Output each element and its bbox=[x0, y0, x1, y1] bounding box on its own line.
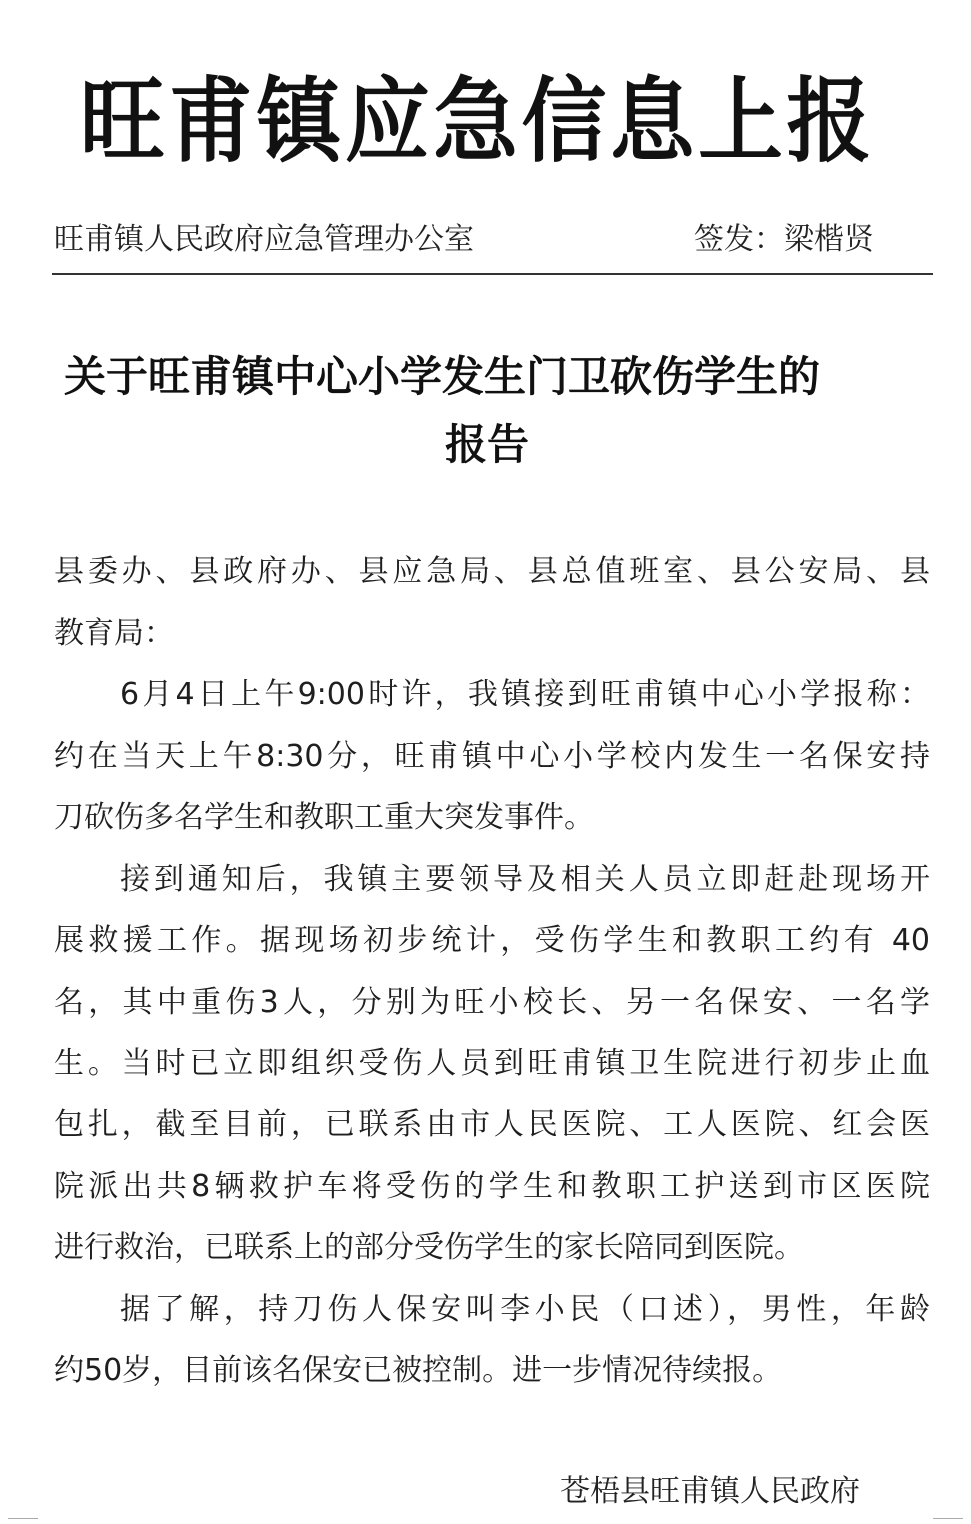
report-title-line-1: 关于旺甫镇中心小学发生门卫砍伤学生的 bbox=[64, 350, 820, 404]
paragraph-2-line-2: 展救援工作。据现场初步统计，受伤学生和教职工约有 40 bbox=[54, 921, 930, 961]
recipients-line-2: 教育局： bbox=[54, 614, 174, 654]
signature-organization: 苍梧县旺甫镇人民政府 bbox=[560, 1472, 860, 1512]
masthead-title: 旺甫镇应急信息上报 bbox=[80, 66, 834, 176]
report-title-line-2: 报告 bbox=[445, 418, 529, 472]
paragraph-1-line-2: 约在当天上午8:30分，旺甫镇中心小学校内发生一名保安持 bbox=[54, 737, 930, 777]
paragraph-2-line-6: 院派出共8辆救护车将受伤的学生和教职工护送到市区医院 bbox=[54, 1167, 930, 1207]
paragraph-3-line-1: 据了解，持刀伤人保安叫李小民（口述），男性，年龄 bbox=[120, 1290, 930, 1330]
page-corner-mark-right bbox=[933, 1518, 963, 1519]
paragraph-2-line-5: 包扎，截至目前，已联系由市人民医院、工人医院、红会医 bbox=[54, 1105, 930, 1145]
paragraph-3-line-2: 约50岁，目前该名保安已被控制。进一步情况待续报。 bbox=[54, 1351, 782, 1391]
paragraph-2-line-7: 进行救治，已联系上的部分受伤学生的家长陪同到医院。 bbox=[54, 1228, 804, 1268]
paragraph-1-line-3: 刀砍伤多名学生和教职工重大突发事件。 bbox=[54, 798, 594, 838]
recipients-line-1: 县委办、县政府办、县应急局、县总值班室、县公安局、县 bbox=[54, 552, 930, 592]
page-corner-mark-left bbox=[8, 1518, 38, 1519]
paragraph-2-line-1: 接到通知后，我镇主要领导及相关人员立即赶赴现场开 bbox=[120, 860, 930, 900]
paragraph-1-line-1: 6月4日上午9:00时许，我镇接到旺甫镇中心小学报称： bbox=[120, 675, 930, 715]
signer: 签发：梁楷贤 bbox=[694, 220, 874, 260]
paragraph-2-line-3: 名，其中重伤3人，分别为旺小校长、另一名保安、一名学 bbox=[54, 983, 930, 1023]
header-divider bbox=[52, 273, 933, 275]
paragraph-2-line-4: 生。当时已立即组织受伤人员到旺甫镇卫生院进行初步止血 bbox=[54, 1044, 930, 1084]
issuing-office: 旺甫镇人民政府应急管理办公室 bbox=[54, 220, 474, 260]
